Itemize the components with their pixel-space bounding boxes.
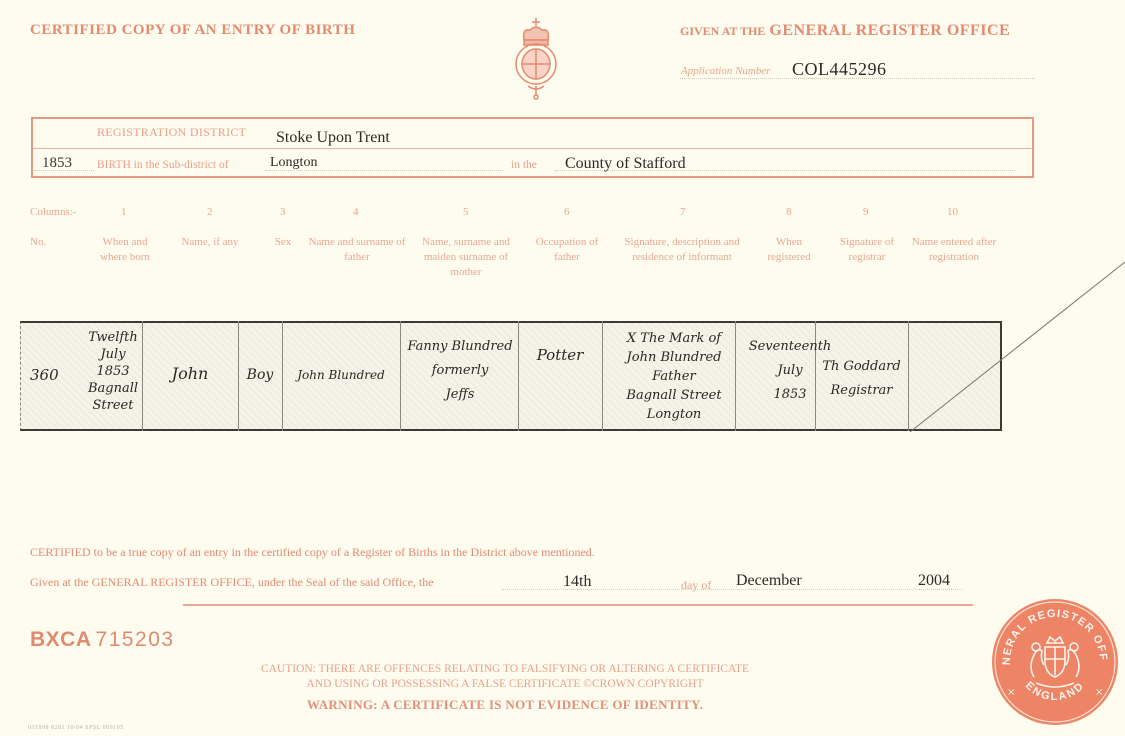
certified-statement: CERTIFIED to be a true copy of an entry …: [30, 545, 595, 560]
mother-maiden-name: Jeffs: [402, 383, 518, 407]
column-number: 1: [121, 206, 127, 218]
given-at-header: GIVEN AT THE GENERAL REGISTER OFFICE: [680, 22, 1010, 40]
mother-formerly: formerly: [402, 359, 518, 383]
informant-description: Father: [604, 367, 744, 386]
column-header-sex: Sex: [265, 235, 301, 250]
born-place: Bagnall Street: [68, 380, 158, 414]
birth-subdistrict-label: BIRTH in the Sub-district of: [97, 159, 229, 171]
column-number: 9: [863, 206, 869, 218]
application-number-label: Application Number: [681, 65, 771, 77]
given-at-prefix: GIVEN AT THE: [680, 24, 765, 38]
column-header-no: No.: [30, 235, 46, 250]
mother-name: Fanny Blundred: [402, 335, 518, 359]
application-number-line: [680, 78, 1035, 79]
column-number: 10: [947, 206, 958, 218]
caution-line-1: CAUTION: THERE ARE OFFENCES RELATING TO …: [220, 662, 790, 677]
column-header-when-registered: When registered: [760, 235, 818, 265]
svg-text:×: ×: [1095, 687, 1103, 698]
registration-year: 1853: [42, 155, 72, 172]
serial-prefix: BXCA: [30, 628, 92, 651]
column-header-father: Name and surname of father: [305, 235, 409, 265]
warning-notice: WARNING: A CERTIFICATE IS NOT EVIDENCE O…: [220, 697, 790, 713]
registration-district-label: REGISTRATION DISTRICT: [97, 125, 246, 140]
informant-street: Bagnall Street: [604, 386, 744, 405]
informant-mark: X The Mark of: [604, 329, 744, 348]
columns-label: Columns:-: [30, 206, 76, 218]
column-header-informant: Signature, description and residence of …: [612, 235, 752, 265]
county-value: County of Stafford: [565, 155, 686, 173]
given-at-statement: Given at the GENERAL REGISTER OFFICE, un…: [30, 575, 434, 590]
serial-number: 715203: [96, 628, 175, 651]
entry-mother: Fanny Blundred formerly Jeffs: [402, 335, 518, 407]
born-month: July: [68, 346, 158, 363]
column-header-name-after-registration: Name entered after registration: [908, 235, 1000, 265]
column-number: 2: [207, 206, 213, 218]
column-divider: [908, 321, 909, 431]
entry-informant: X The Mark of John Blundred Father Bagna…: [604, 329, 744, 424]
issue-month: December: [736, 572, 802, 590]
entry-sex: Boy: [238, 367, 282, 384]
registration-box-divider: [33, 148, 1032, 149]
column-header-mother: Name, surname and maiden surname of moth…: [413, 235, 519, 280]
column-divider: [400, 321, 401, 431]
column-header-registrar: Signature of registrar: [828, 235, 906, 265]
general-register-office-seal-icon: GENERAL REGISTER OFFICE ENGLAND × ×: [990, 597, 1120, 727]
register-entry-scan: 360 Twelfth July 1853 Bagnall Street Joh…: [20, 321, 1002, 431]
born-day: Twelfth: [68, 329, 158, 346]
column-divider: [518, 321, 519, 431]
royal-crest-icon: [512, 16, 560, 100]
born-year: 1853: [68, 363, 158, 380]
informant-town: Longton: [604, 405, 744, 424]
given-at-office: GENERAL REGISTER OFFICE: [769, 22, 1010, 39]
column-number: 7: [680, 206, 686, 218]
informant-name: John Blundred: [604, 348, 744, 367]
subdistrict-value: Longton: [270, 155, 317, 171]
entry-registrar: Th Goddard Registrar: [815, 355, 908, 403]
column-number: 5: [463, 206, 469, 218]
day-of-label: day of: [681, 578, 711, 593]
registrar-name: Th Goddard: [815, 355, 908, 379]
caution-line-2: AND USING OR POSSESSING A FALSE CERTIFIC…: [220, 677, 790, 692]
svg-text:×: ×: [1007, 687, 1015, 698]
registrar-title: Registrar: [815, 379, 908, 403]
application-number-value: COL445296: [792, 59, 887, 80]
print-code: 031998 8281 10/04 SPSL 009195: [28, 725, 124, 731]
column-divider: [602, 321, 603, 431]
entry-occupation: Potter: [518, 347, 602, 364]
certificate-title: CERTIFIED COPY OF AN ENTRY OF BIRTH: [30, 22, 355, 39]
in-the-label: in the: [511, 159, 537, 171]
caution-notice: CAUTION: THERE ARE OFFENCES RELATING TO …: [220, 662, 790, 692]
column-number: 4: [353, 206, 359, 218]
column-header-name: Name, if any: [172, 235, 248, 250]
certificate-serial-number: BXCA715203: [30, 628, 175, 652]
column-header-when-where-born: When and where born: [93, 235, 157, 265]
entry-when-where-born: Twelfth July 1853 Bagnall Street: [68, 329, 158, 414]
signature-line: [183, 604, 973, 606]
issue-year: 2004: [918, 572, 950, 590]
entry-number: 360: [30, 367, 59, 384]
column-number: 6: [564, 206, 570, 218]
entry-father: John Blundred: [282, 367, 400, 384]
registration-district-value: Stoke Upon Trent: [276, 129, 390, 147]
entry-name: John: [148, 365, 232, 382]
column-header-occupation: Occupation of father: [533, 235, 601, 265]
issue-day: 14th: [563, 573, 591, 591]
column-number: 8: [786, 206, 792, 218]
column-number: 3: [280, 206, 286, 218]
